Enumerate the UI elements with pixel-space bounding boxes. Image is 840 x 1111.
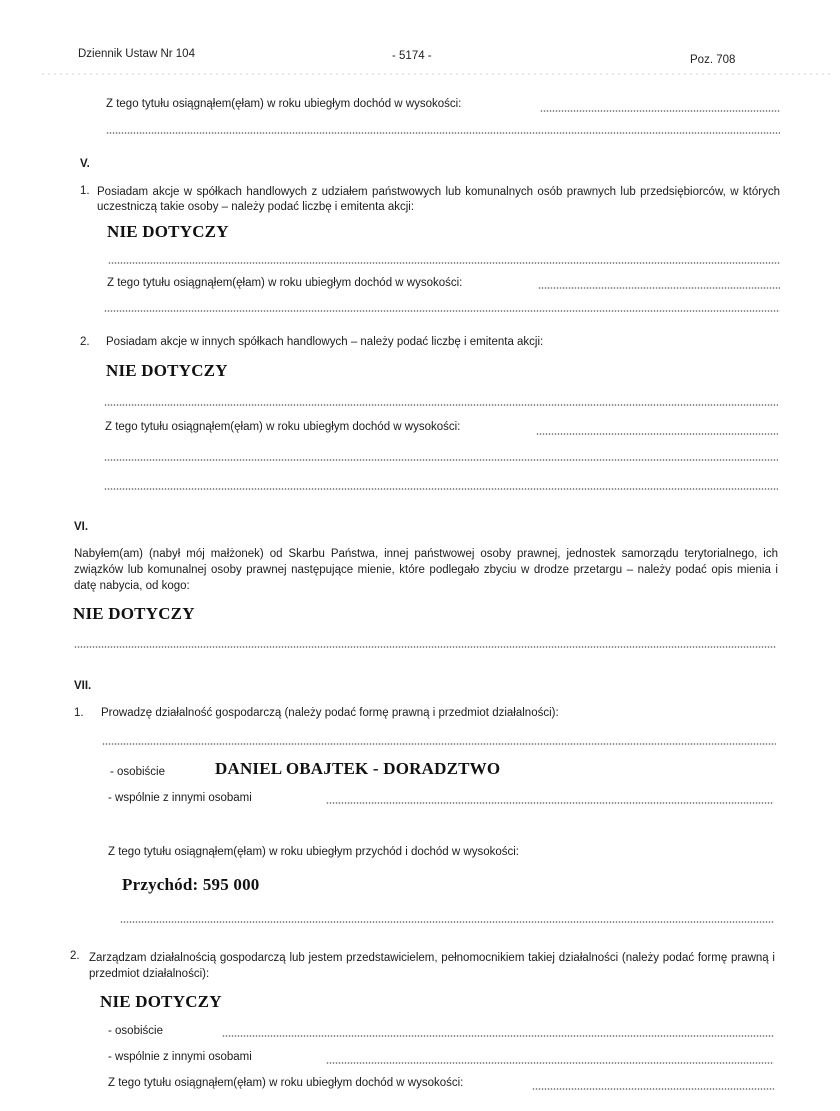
section-vi-heading: VI. [74, 521, 88, 533]
journal-title: Dziennik Ustaw Nr 104 [78, 48, 195, 60]
section-vii-item1-text: Prowadzę działalność gospodarczą (należy… [101, 707, 559, 719]
section-v-item2-answer: NIE DOTYCZY [106, 361, 228, 381]
section-vi-answer: NIE DOTYCZY [73, 604, 195, 624]
fill-line[interactable] [104, 488, 778, 490]
section-vi-text: Nabyłem(am) (nabył mój małżonek) od Skar… [74, 546, 778, 594]
revenue-value: Przychód: 595 000 [122, 875, 260, 895]
section-vii-item2-answer: NIE DOTYCZY [100, 992, 222, 1012]
income-field[interactable] [540, 110, 780, 112]
page-number: - 5174 - [392, 50, 432, 62]
position-number: Poz. 708 [690, 54, 735, 66]
fill-line[interactable] [102, 743, 776, 745]
income-field[interactable] [538, 287, 780, 289]
section-vii-item1-number: 1. [74, 707, 84, 719]
fill-line[interactable] [120, 921, 774, 923]
income-label: Z tego tytułu osiągnąłem(ęłam) w roku ub… [107, 277, 462, 289]
income-field[interactable] [536, 433, 778, 435]
section-v-item2-number: 2. [80, 336, 90, 348]
fill-line[interactable] [106, 132, 780, 134]
fill-line[interactable] [104, 310, 780, 312]
section-v-item1-answer: NIE DOTYCZY [107, 222, 229, 242]
jointly-label: - wspólnie z innymi osobami [108, 792, 252, 804]
fill-line[interactable] [108, 262, 780, 264]
section-vii-item2-text: Zarządzam działalnością gospodarczą lub … [89, 950, 775, 982]
section-v-item1-text: Posiadam akcje w spółkach handlowych z u… [97, 185, 780, 215]
income-label: Z tego tytułu osiągnąłem(ęłam) w roku ub… [108, 1077, 463, 1089]
fill-line[interactable] [104, 404, 778, 406]
jointly-field[interactable] [326, 1062, 774, 1064]
section-vii-item2-number: 2. [70, 950, 80, 962]
fill-line[interactable] [104, 459, 778, 461]
section-v-item1-number: 1. [80, 185, 90, 197]
personally-value: DANIEL OBAJTEK - DORADZTWO [215, 759, 500, 779]
section-v-item2-text: Posiadam akcje w innych spółkach handlow… [106, 336, 543, 348]
income-label: Z tego tytułu osiągnąłem(ęłam) w roku ub… [106, 98, 461, 110]
jointly-field[interactable] [326, 802, 774, 804]
personally-label: - osobiście [110, 766, 165, 778]
fill-line[interactable] [74, 646, 776, 648]
personally-label: - osobiście [108, 1025, 163, 1037]
income-field[interactable] [532, 1088, 774, 1090]
jointly-label: - wspólnie z innymi osobami [108, 1051, 252, 1063]
section-vii-heading: VII. [74, 680, 91, 692]
personally-field[interactable] [222, 1035, 774, 1037]
income-label: Z tego tytułu osiągnąłem(ęłam) w roku ub… [105, 421, 460, 433]
header-rule [40, 73, 830, 75]
section-v-heading: V. [80, 158, 90, 170]
revenue-income-label: Z tego tytułu osiągnąłem(ęłam) w roku ub… [108, 846, 519, 858]
